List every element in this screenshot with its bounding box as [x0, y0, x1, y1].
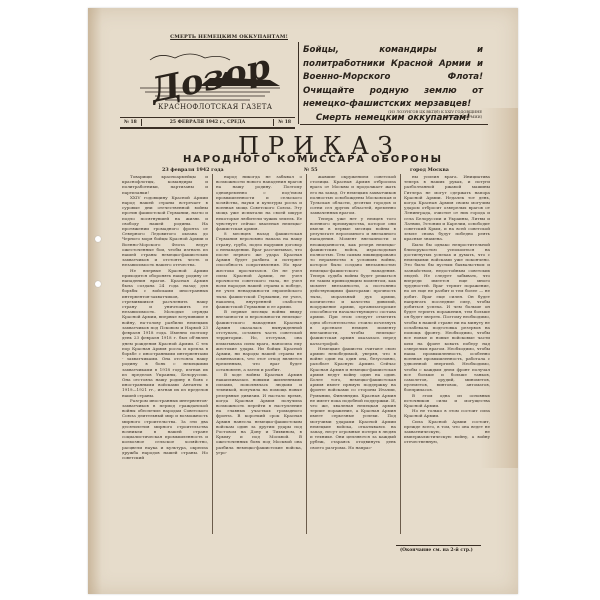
- binder-hole: [95, 281, 101, 287]
- order-subtitle: НАРОДНОГО КОМИССАРА ОБОРОНЫ: [183, 154, 443, 165]
- article-column-1: Товарищи красноармейцы и краснофлотцы, к…: [122, 174, 208, 536]
- article-paragraph: Не впервые Красной Армии приходится обор…: [122, 268, 208, 398]
- article-paragraph: ны усилия врага. Инициатива теперь в наш…: [404, 174, 490, 242]
- svg-text:Дозор: Дозор: [145, 50, 274, 105]
- issue-number-left: № 18: [120, 120, 141, 125]
- binder-hole: [95, 236, 101, 242]
- article-paragraph: Разгром иностранных интервентов-захватчи…: [122, 398, 208, 460]
- newspaper-subtitle: КРАСНОФЛОТСКАЯ ГАЗЕТА: [158, 103, 272, 111]
- article-paragraph: 8 месяцев назад фашистская Германия веро…: [216, 231, 302, 309]
- newspaper-logo: Дозор: [130, 50, 295, 105]
- article-paragraph: Теперь уже нет у немцев того военного пр…: [310, 216, 396, 346]
- masthead-top-slogan: СМЕРТЬ НЕМЕЦКИМ ОККУПАНТАМ!: [120, 34, 288, 40]
- order-number: № 55: [304, 167, 318, 173]
- order-date: 23 февраля 1942 года: [162, 167, 224, 173]
- issue-info-bar: № 18 25 ФЕВРАЛЯ 1942 г., СРЕДА № 18: [120, 117, 295, 129]
- article-column-2: народ никогда не забывал о возможности н…: [216, 174, 302, 536]
- article-paragraph: В ходе войны Красная Армия накапливалась…: [216, 372, 302, 455]
- article-paragraph: народ никогда не забывал о возможности н…: [216, 174, 302, 231]
- article-paragraph: В первые месяцы войны ввиду внезапности …: [216, 309, 302, 371]
- issue-number-right: № 18: [274, 120, 295, 125]
- article-paragraph: Но не только в этом состоит сила Красной…: [404, 408, 490, 418]
- article-paragraph: В этом одна из основных источников силы …: [404, 393, 490, 409]
- order-place: город Москва: [410, 167, 449, 173]
- article-paragraph: Сила Красной Армии состоит, прежде всего…: [404, 419, 490, 445]
- article-paragraph: Было бы однако непростительной близоруко…: [404, 242, 490, 393]
- article-paragraph: жавшие окружением советской столицы. Кра…: [310, 174, 396, 216]
- continued-note: (Окончание см. на 2-й стр.): [400, 548, 473, 553]
- article-column-4: ны усилия врага. Инициатива теперь в наш…: [404, 174, 490, 542]
- issue-date: 25 ФЕВРАЛЯ 1942 г., СРЕДА: [142, 120, 274, 125]
- article-paragraph: Товарищи красноармейцы и краснофлотцы, к…: [122, 174, 208, 195]
- article-column-3: жавшие окружением советской столицы. Кра…: [310, 174, 396, 536]
- article-paragraph: Немецкие фашисты считают свою армию непо…: [310, 346, 396, 450]
- slogan-source: (ИЗ ЛОЗУНГОВ ЦК ВКП(б) К XXIV ГОДОВЩИНЕ …: [372, 110, 482, 119]
- article-paragraph: XXIV годовщину Красной Армии народ нашей…: [122, 195, 208, 268]
